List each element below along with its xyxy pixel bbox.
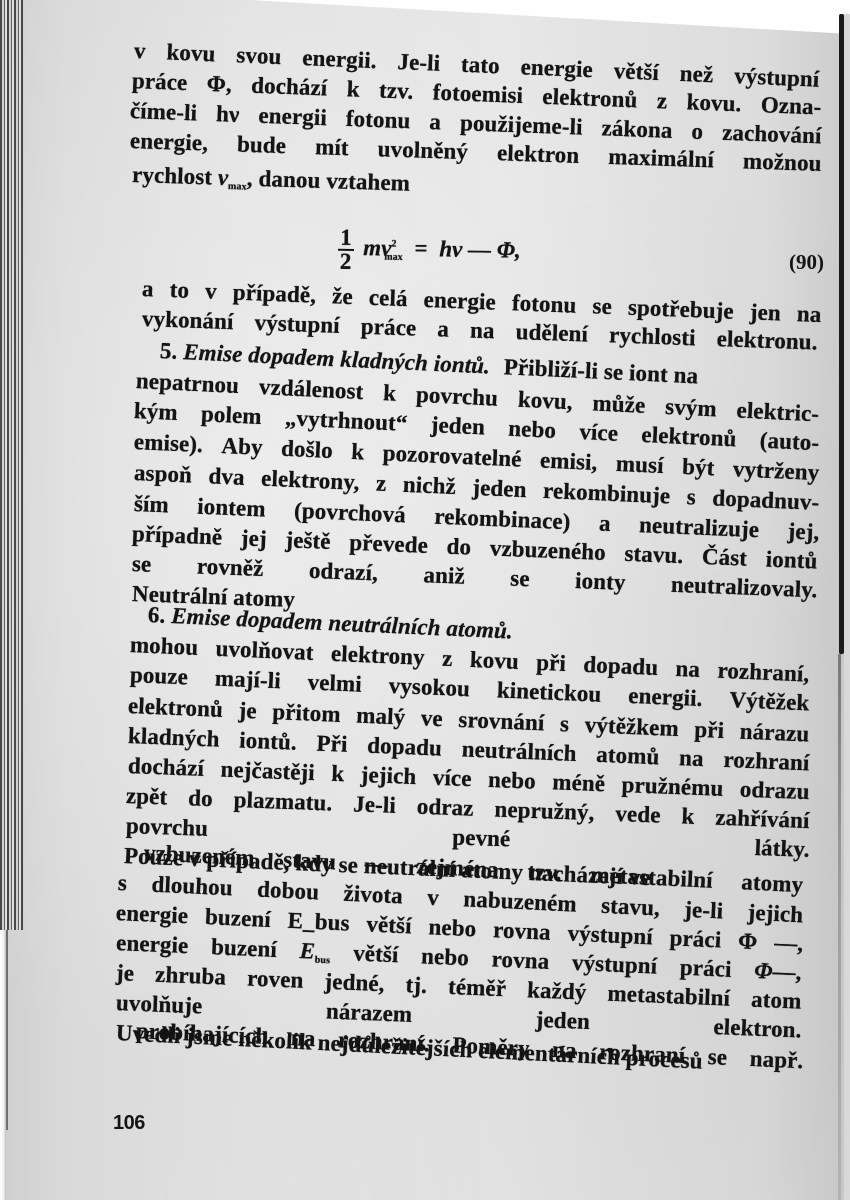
word: elektronů: [127, 693, 223, 723]
word: pozorovatelné: [382, 440, 522, 472]
word: výstupní: [734, 63, 820, 93]
word: velmi: [307, 669, 362, 697]
word: to: [169, 277, 189, 304]
word: než: [679, 61, 714, 88]
word: udělení: [515, 319, 588, 348]
word: spotřebuje: [628, 295, 735, 325]
word: Poměry: [452, 1032, 530, 1061]
word: zákona: [601, 115, 673, 144]
word: elektronů: [542, 84, 638, 114]
word: tj.: [405, 972, 427, 999]
word: přitom: [272, 699, 341, 728]
word: Φ,: [206, 71, 232, 98]
word: zpět: [126, 783, 168, 810]
word: energii: [258, 103, 327, 131]
word: odrazí,: [308, 558, 378, 587]
word: nabuzeném: [463, 886, 577, 917]
word: látky.: [754, 835, 810, 863]
word: dopadu: [583, 652, 659, 681]
equation-rhs: hν — Φ,: [439, 236, 521, 262]
word: elektronu.: [716, 326, 818, 356]
word: elektron: [497, 140, 580, 169]
text-line: rychlost v_max, danou vztahem rychlost v…: [131, 162, 410, 206]
word: Φ: [738, 928, 758, 955]
word: plazmatu.: [233, 787, 333, 817]
word: mohou: [129, 632, 198, 661]
word: možnou: [743, 148, 822, 177]
word: E_bus: [287, 908, 350, 937]
word: je: [238, 698, 257, 725]
word: dopadnuv-: [712, 485, 820, 516]
word: rovna: [493, 917, 552, 946]
word: odrazu: [739, 777, 810, 806]
word: energii.: [628, 683, 703, 712]
word: ještě: [285, 527, 331, 555]
word: neutrálních: [461, 736, 577, 767]
word: fotoemisi: [432, 80, 523, 109]
word: vzdálenost: [258, 374, 364, 405]
word: pružnému: [621, 772, 724, 802]
word: kladných: [127, 723, 220, 753]
word: Při: [316, 731, 348, 758]
word: (povrchová: [294, 498, 407, 529]
word: energie: [115, 900, 188, 929]
word: vede: [615, 801, 661, 829]
word: výtěžkem: [584, 712, 679, 742]
word: k: [331, 761, 345, 787]
equation-equals: =: [414, 236, 427, 261]
word: na: [552, 1037, 578, 1064]
equation-subscript: max: [384, 252, 402, 263]
word: je-li: [684, 897, 724, 925]
word: se: [132, 551, 152, 578]
word: se: [592, 293, 612, 320]
word: rekombinace): [434, 504, 571, 536]
word: nejčastěji: [220, 757, 315, 787]
word: kovu: [469, 647, 519, 675]
word: výstupní: [567, 921, 653, 951]
word: kovu: [166, 39, 216, 67]
word: maximální: [608, 144, 714, 173]
word: uvolňuje: [115, 990, 202, 1019]
word: např.: [749, 1046, 804, 1074]
word: případně: [131, 521, 222, 551]
word: uvolněný: [377, 136, 468, 165]
word: energii.: [302, 45, 377, 74]
word: jej,: [787, 518, 820, 545]
word: číme-li: [130, 98, 198, 126]
word: převede: [349, 530, 429, 559]
word: ve: [420, 705, 443, 732]
word: a: [429, 109, 442, 135]
word: tzv.: [379, 78, 414, 105]
word: došlo: [281, 436, 334, 464]
word: mít: [315, 134, 349, 161]
word: rychlosti: [609, 322, 696, 351]
word: na: [796, 301, 821, 328]
word: a: [142, 276, 155, 302]
word: stavu.: [624, 541, 684, 569]
word: práci: [669, 925, 722, 953]
word: z: [656, 88, 667, 114]
fraction: 1 2: [338, 227, 354, 273]
word: —: [364, 851, 388, 878]
word: (auto-: [759, 428, 820, 457]
word: na: [470, 317, 495, 344]
word: dobou: [257, 877, 320, 906]
word: v: [205, 278, 218, 304]
word: Část: [701, 544, 747, 572]
word: buzení: [204, 904, 271, 933]
word: práce: [360, 314, 416, 342]
word: energie,: [130, 128, 209, 157]
word: o: [691, 119, 704, 145]
word: iontů.: [239, 727, 297, 755]
word: dva: [208, 463, 245, 491]
word: jedné,: [324, 969, 385, 997]
word: méně: [552, 769, 606, 797]
page-number: 106: [113, 1112, 145, 1135]
fraction-numerator: 1: [338, 227, 354, 251]
equation-number: (90): [789, 250, 824, 275]
word: do: [188, 785, 213, 812]
word: k: [351, 439, 365, 466]
word: pevné: [452, 824, 511, 852]
word: „vytrhnout“: [284, 405, 408, 437]
word: k: [346, 76, 360, 102]
word: vzbuzeného: [489, 535, 606, 566]
word: při: [694, 717, 725, 744]
word: jejich: [747, 900, 804, 929]
word: bude: [237, 132, 287, 160]
word: rekombinuje: [543, 478, 671, 510]
word: nebo: [488, 767, 537, 795]
word: svým: [665, 394, 718, 422]
word: téměř: [448, 974, 507, 1002]
fraction-denominator: 2: [338, 251, 354, 273]
word: zachování: [722, 120, 822, 150]
word: jen: [749, 299, 781, 326]
word: neutralizuje: [639, 512, 760, 543]
item-number: 6.: [147, 602, 166, 628]
word: neutralizovaly.: [671, 572, 818, 604]
word: elektron.: [713, 1014, 802, 1044]
word: odraz: [416, 794, 474, 822]
word: elektrony,: [261, 466, 360, 496]
word: být: [682, 454, 715, 481]
word: života: [343, 881, 404, 910]
word: kovu.: [686, 89, 742, 117]
word: pouze: [129, 662, 188, 690]
body-text: vkovusvouenergii.Je-litatoenergievětšíne…: [0, 0, 850, 1200]
word: Ozna-: [760, 92, 822, 120]
word: vykonání: [142, 306, 234, 335]
word: nárazem: [325, 998, 412, 1027]
word: Je-li: [353, 791, 397, 819]
word: se: [707, 1044, 728, 1071]
word: uvolňovat: [215, 636, 314, 666]
word: Je-li: [397, 49, 441, 77]
word: dochází: [251, 73, 328, 102]
word: na: [290, 1025, 316, 1052]
word: jejich: [360, 762, 416, 790]
word: s: [686, 484, 696, 510]
text-segment: rychlost: [132, 162, 219, 190]
word: rozhraní,: [717, 658, 810, 688]
word: zejména: [416, 853, 500, 883]
word: dochází: [128, 753, 205, 782]
word: rozhraní.: [337, 1027, 430, 1057]
word: k: [383, 380, 397, 407]
word: kovu,: [517, 387, 573, 416]
word: musí: [615, 451, 664, 479]
word: polem: [201, 401, 263, 430]
word: ionty: [575, 568, 626, 596]
word: iontem: [197, 494, 266, 523]
word: —,: [774, 930, 804, 957]
word: více: [579, 419, 619, 447]
word: elektrony: [330, 641, 425, 671]
word: nebo: [508, 416, 557, 444]
text-segment: Přibliží-li se iont na: [503, 354, 698, 388]
equation-90: 1 2 mv2max = hν — Φ,: [338, 227, 521, 276]
word: s: [560, 711, 570, 737]
word: hν: [216, 101, 240, 128]
word: emise).: [133, 429, 203, 458]
word: do: [446, 534, 472, 561]
word: výstupní: [254, 310, 340, 339]
word: metastabilní: [607, 981, 731, 1012]
word: vzbuzeném: [143, 840, 255, 871]
word: dopadu: [367, 733, 443, 762]
word: jej: [240, 525, 267, 552]
word: každý: [527, 977, 587, 1005]
word: atomů: [596, 742, 660, 771]
word: povrchu: [415, 382, 498, 412]
word: tato: [461, 52, 501, 80]
word: iontů: [765, 546, 818, 574]
word: aniž: [423, 562, 465, 590]
word: roven: [247, 966, 304, 994]
word: povrchu: [126, 813, 209, 842]
word: a: [599, 511, 612, 537]
word: a: [437, 316, 450, 342]
word: fotonu: [345, 106, 410, 134]
word: z: [375, 471, 386, 497]
word: může: [592, 390, 646, 419]
item-number: 5.: [159, 338, 178, 364]
word: na: [679, 745, 705, 772]
word: nepatrnou: [135, 368, 239, 399]
word: větší: [366, 911, 412, 939]
word: při: [536, 650, 567, 677]
word: dlouhou: [151, 872, 233, 902]
word: na: [675, 656, 701, 683]
word: elektric-: [736, 397, 820, 427]
word: mají-li: [214, 666, 281, 695]
word: nichž: [402, 472, 456, 500]
word: atomy: [741, 869, 804, 898]
word: použijeme-li: [460, 110, 583, 140]
word: nebo: [428, 914, 477, 942]
text-segment: , danou vztahem: [247, 166, 411, 196]
word: fotonu: [511, 290, 576, 318]
word: kinetickou: [496, 677, 602, 707]
word: elektronů: [641, 422, 737, 452]
word: rozhraní: [723, 747, 810, 776]
word: emisi,: [539, 447, 598, 476]
word: zhruba: [155, 962, 227, 991]
word: celá: [368, 285, 408, 312]
word: se: [510, 566, 530, 593]
word: nárazu: [739, 719, 810, 748]
word: v: [133, 38, 146, 64]
scanned-book-page: vkovusvouenergii.Je-litatoenergievětšíne…: [0, 0, 850, 1200]
word: stavu,: [601, 893, 661, 922]
word: vysokou: [388, 673, 470, 702]
word: rozhraní: [599, 1039, 686, 1069]
word: je: [115, 960, 134, 987]
word: energie: [520, 54, 593, 83]
word: svou: [236, 42, 282, 70]
word: tzv.: [527, 859, 562, 887]
word: kým: [133, 398, 178, 426]
word: s: [117, 870, 127, 896]
word: aspoň: [133, 460, 192, 489]
word: atom: [751, 987, 802, 1015]
word: srovnání: [458, 707, 545, 737]
subscript-max: max: [228, 181, 247, 193]
word: energie: [423, 287, 496, 316]
word: ším: [133, 491, 169, 518]
word: jeden: [472, 475, 527, 503]
word: větší: [613, 58, 659, 86]
word: práce: [132, 68, 188, 96]
word: v: [427, 885, 440, 912]
word: že: [332, 283, 354, 310]
word: nepružný,: [494, 797, 595, 827]
word: malý: [356, 703, 406, 731]
word: k: [681, 803, 695, 829]
word: Výtěžek: [729, 687, 810, 716]
word: rovněž: [196, 554, 264, 583]
word: z: [442, 646, 453, 672]
word: stavu: [283, 847, 337, 876]
word: jeden: [535, 1007, 590, 1035]
word: Aby: [221, 433, 263, 461]
word: více: [432, 765, 472, 792]
equation-superscript: 2: [391, 239, 396, 250]
word: zahřívání: [715, 805, 810, 834]
word: vytrženy: [732, 456, 819, 486]
word: jeden: [430, 412, 485, 441]
word: případě,: [232, 280, 316, 309]
